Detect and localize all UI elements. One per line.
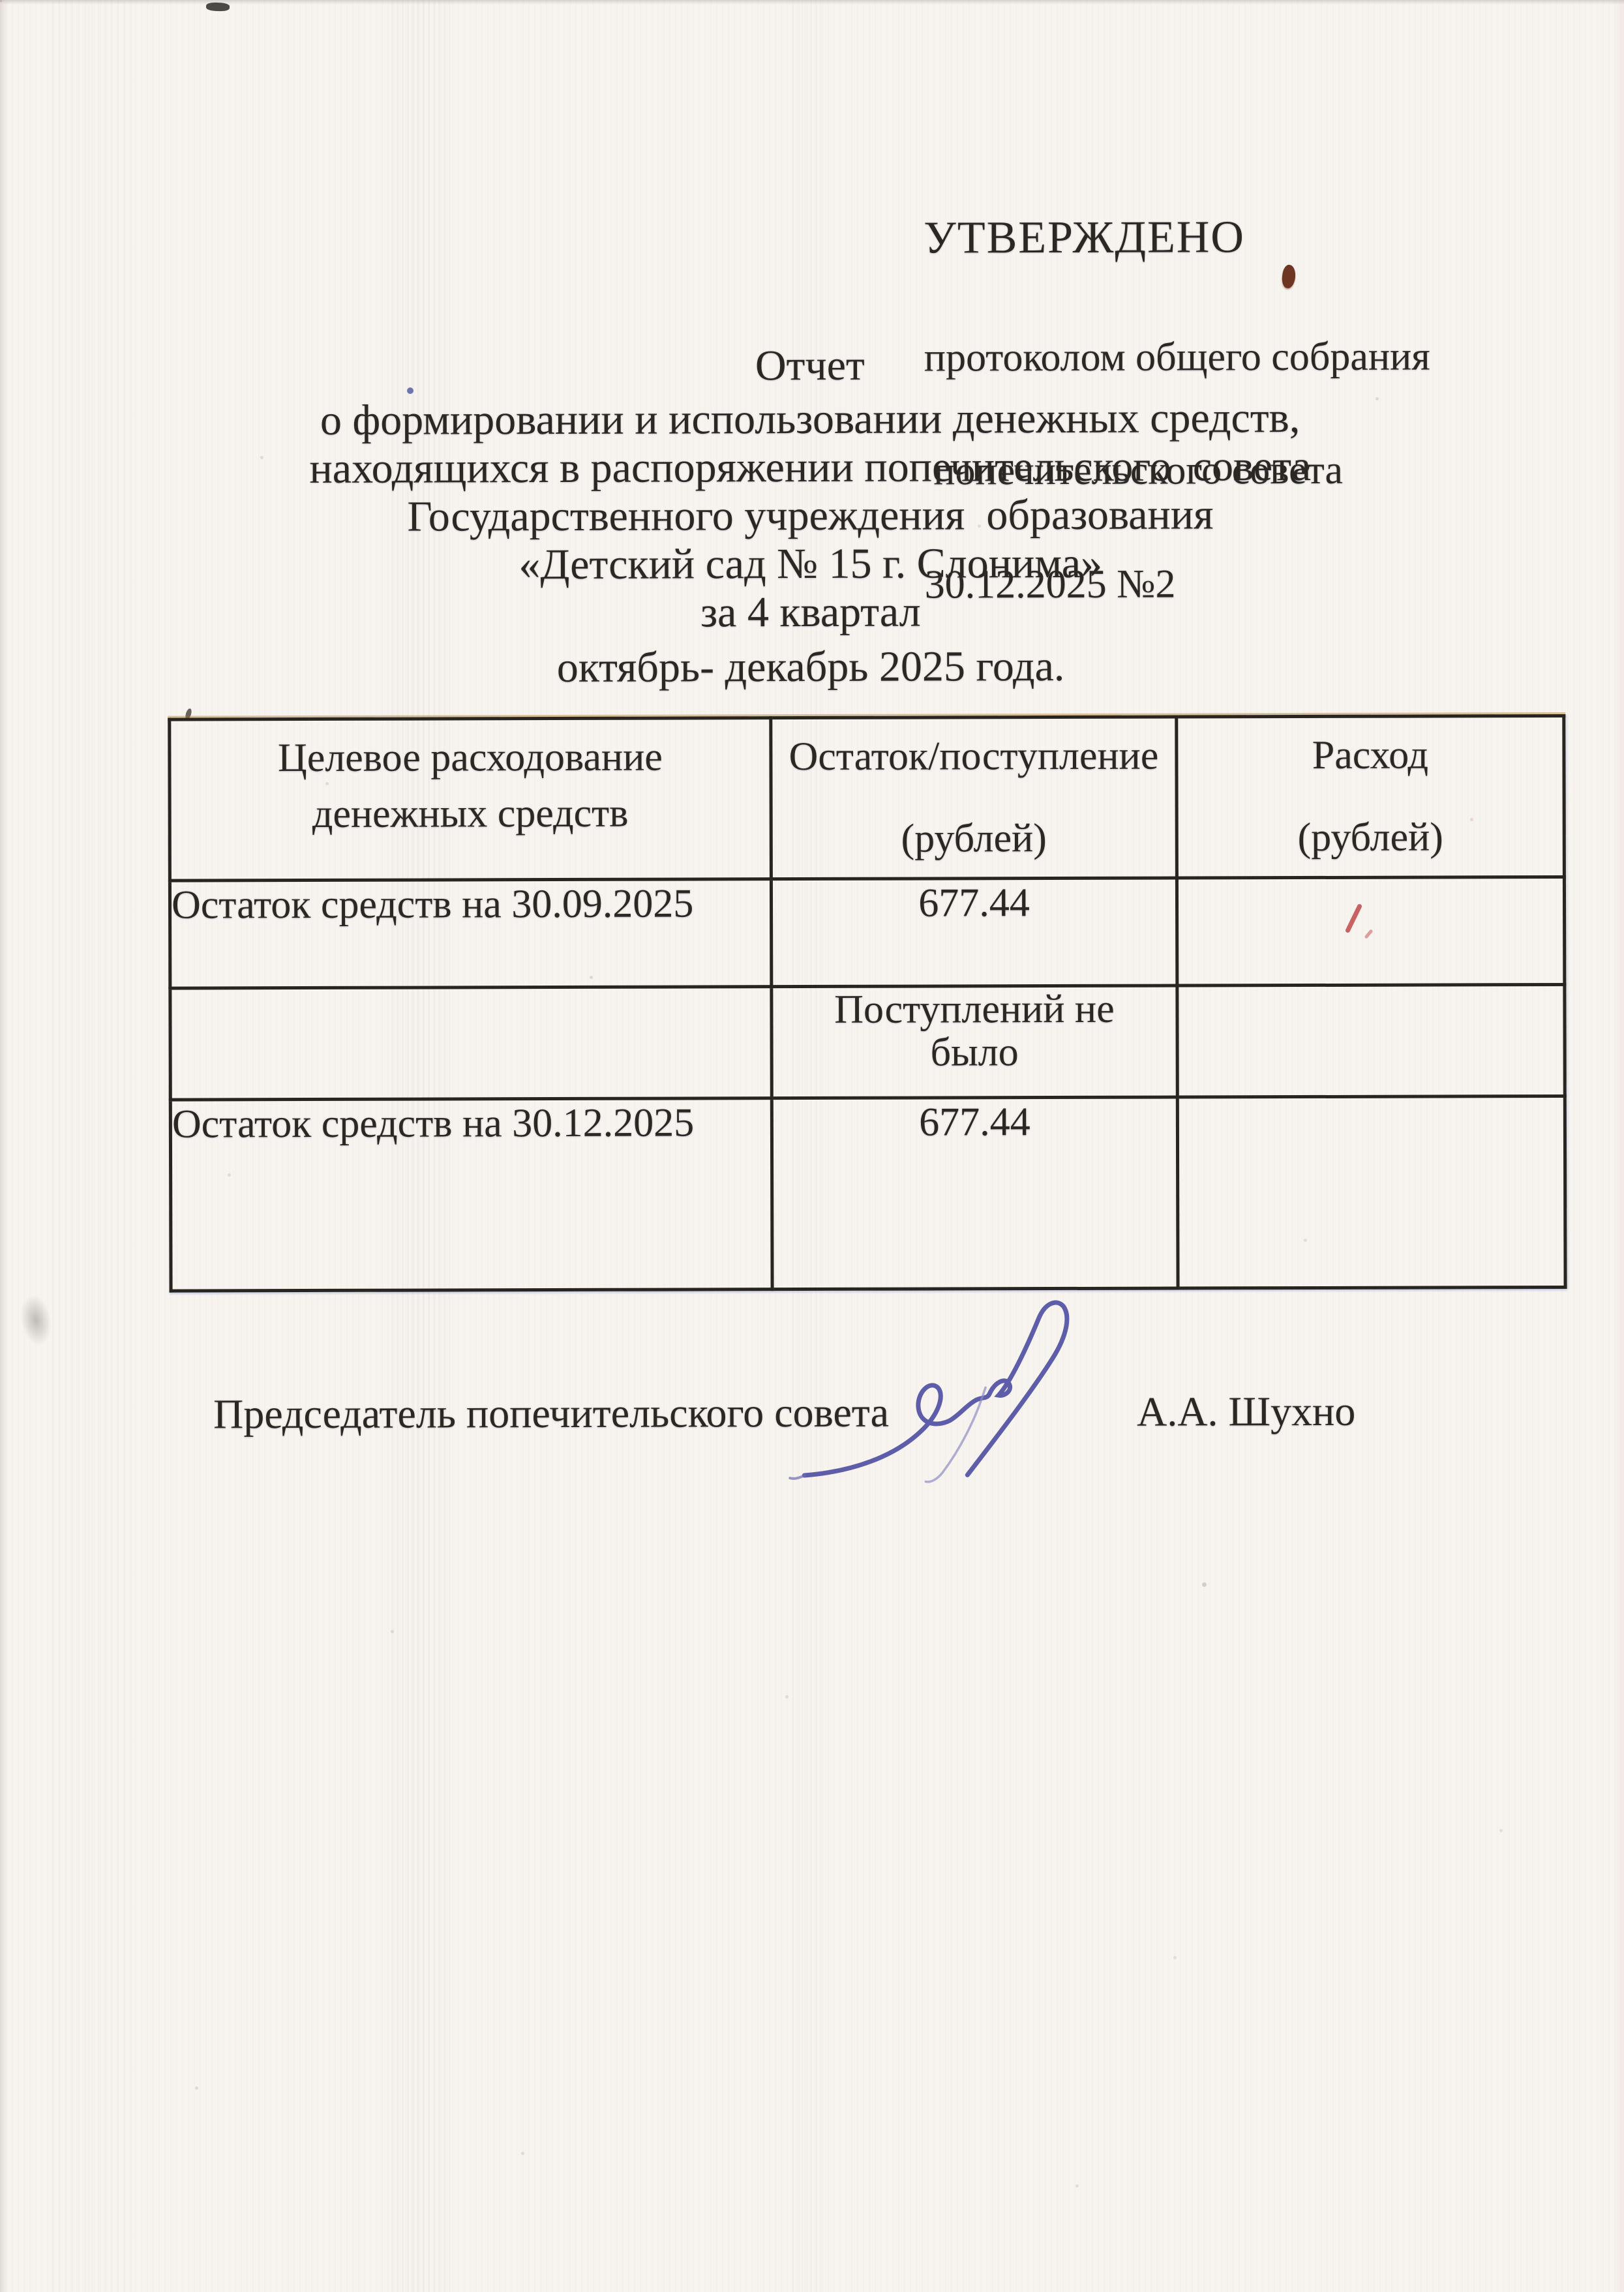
signature-name: А.А. Шухно xyxy=(1137,1388,1355,1436)
cell-expense xyxy=(1177,877,1564,986)
header-text: (рублей) xyxy=(901,815,1047,862)
approval-stamp-word: УТВЕРЖДЕНО xyxy=(924,215,1582,261)
title-line: Государственного учреждения образования xyxy=(0,490,1623,543)
title-line: находящихся в распоряжении попечительско… xyxy=(0,442,1622,494)
header-text: Остаток/поступление xyxy=(789,733,1158,779)
cell-amount: 677.44 xyxy=(772,1097,1178,1289)
table-row: Поступлений не было xyxy=(170,984,1565,1100)
cell-amount: 677.44 xyxy=(771,878,1177,987)
table-row: Остаток средств на 30.09.2025 677.44 xyxy=(170,877,1564,988)
cell-purpose: Остаток средств на 30.09.2025 xyxy=(170,879,771,988)
document-content: УТВЕРЖДЕНО протоколом общего собрания по… xyxy=(0,0,1624,2292)
title-line: за 4 квартал xyxy=(0,586,1623,639)
cell-amount: Поступлений не было xyxy=(772,986,1177,1098)
scanned-document-page: УТВЕРЖДЕНО протоколом общего собрания по… xyxy=(0,0,1624,2292)
header-text: денежных средств xyxy=(312,791,629,837)
title-line: Отчет xyxy=(0,340,1622,393)
title-line: о формировании и использовании денежных … xyxy=(0,393,1622,446)
cell-purpose xyxy=(170,987,772,1100)
table-row: Остаток средств на 30.12.2025 677.44 xyxy=(170,1096,1565,1291)
header-text: Расход xyxy=(1312,732,1428,778)
amount-note-line: Поступлений не xyxy=(773,988,1175,1032)
amount-note-line: было xyxy=(774,1031,1176,1075)
header-text: (рублей) xyxy=(1298,814,1443,860)
table-header-row: Целевое расходование денежных средств Ос… xyxy=(170,716,1565,881)
column-header-purpose: Целевое расходование денежных средств xyxy=(170,718,772,881)
funds-table: Целевое расходование денежных средств Ос… xyxy=(168,714,1567,1293)
report-title: Отчет о формировании и использовании ден… xyxy=(0,340,1623,694)
title-line: октябрь- декабрь 2025 года. xyxy=(0,641,1623,694)
column-header-expense: Расход (рублей) xyxy=(1177,716,1565,878)
title-line: «Детский сад № 15 г. Слонима» xyxy=(0,538,1623,591)
cell-purpose: Остаток средств на 30.12.2025 xyxy=(170,1098,772,1291)
cell-expense xyxy=(1177,984,1565,1097)
column-header-balance: Остаток/поступление (рублей) xyxy=(771,717,1177,879)
cell-expense xyxy=(1177,1096,1565,1288)
header-text: Целевое расходование xyxy=(278,734,663,781)
